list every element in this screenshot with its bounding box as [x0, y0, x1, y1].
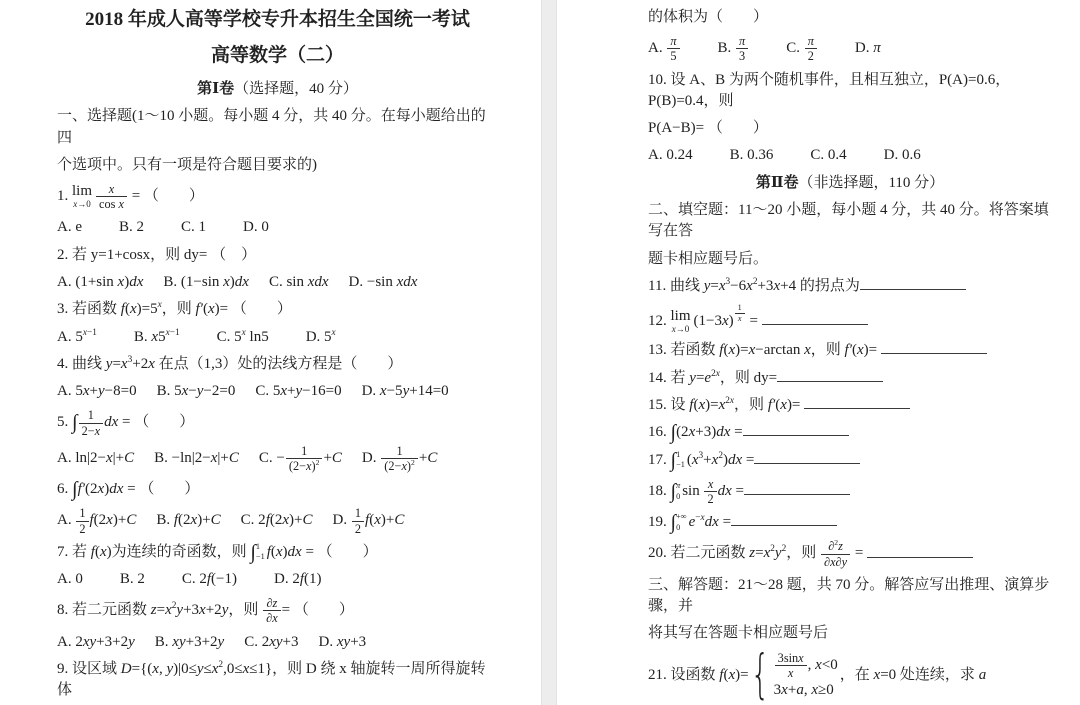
question-15: 15. 设 f(x)=x2x，则 f′(x)=: [648, 395, 1052, 416]
question-10-options: A. 0.24B. 0.36C. 0.4D. 0.6: [648, 145, 1052, 166]
exam-title: 2018 年成人高等学校专升本招生全国统一考试: [57, 7, 498, 34]
question-8-options: A. 2xy+3+2yB. xy+3+2yC. 2xy+3D. xy+3: [57, 632, 498, 653]
question-20: 20. 若二元函数 z=x2y2，则 ∂2z∂x∂y =: [648, 539, 1052, 568]
part2-header: 第Ⅱ卷（非选择题，110 分）: [648, 173, 1052, 194]
question-9-options: A. π5B. π3C. π2D. π: [648, 34, 1052, 63]
question-5: 5. ∫12−xdx = （ ）: [57, 408, 498, 437]
question-9-continued: 的体积为（ ）: [648, 7, 1052, 28]
question-4-options: A. 5x+y−8=0B. 5x−y−2=0C. 5x+y−16=0D. x−5…: [57, 381, 498, 402]
exam-page-right: 的体积为（ ）A. π5B. π3C. π2D. π10. 设 A、B 为两个随…: [557, 0, 1080, 705]
question-18: 18. ∫π0sin x2dx =: [648, 477, 1052, 506]
question-6-options: A. 12f(2x)+CB. f(2x)+CC. 2f(2x)+CD. 12f(…: [57, 506, 498, 535]
section3-instruction-1: 三、解答题：21～28 题，共 70 分。解答应写出推理、演算步骤，并: [648, 575, 1052, 618]
page-divider: [541, 0, 557, 705]
question-13: 13. 若函数 f(x)=x−arctan x，则 f′(x)=: [648, 340, 1052, 361]
question-3: 3. 若函数 f(x)=5x，则 f′(x)= （ ）: [57, 299, 498, 320]
question-2: 2. 若 y=1+cosx，则 dy= （ ）: [57, 245, 498, 266]
question-10: 10. 设 A、B 为两个随机事件，且相互独立，P(A)=0.6，P(B)=0.…: [648, 70, 1052, 113]
question-8: 8. 若二元函数 z=x2y+3x+2y，则 ∂z∂x= （ ）: [57, 596, 498, 625]
section2-instruction-2: 题卡相应题号后。: [648, 249, 1052, 270]
question-16: 16. ∫(2x+3)dx =: [648, 422, 1052, 443]
question-12: 12. limx→0(1−3x)1x =: [648, 303, 1052, 334]
question-7-options: A. 0B. 2C. 2f(−1)D. 2f(1): [57, 569, 498, 590]
section3-instruction-2: 将其写在答题卡相应题号后: [648, 623, 1052, 644]
exam-subtitle: 高等数学（二）: [57, 43, 498, 70]
question-11: 11. 曲线 y=x3−6x2+3x+4 的拐点为: [648, 276, 1052, 297]
question-10-continued: P(A−B)= （ ）: [648, 118, 1052, 139]
question-14: 14. 若 y=e2x，则 dy=: [648, 368, 1052, 389]
question-1-options: A. eB. 2C. 1D. 0: [57, 217, 498, 238]
section2-instruction-1: 二、填空题：11～20 小题，每小题 4 分，共 40 分。将答案填写在答: [648, 200, 1052, 243]
question-1: 1. limx→0xcos x = （ ）: [57, 182, 498, 211]
section1-instruction-2: 个选项中。只有一项是符合题目要求的): [57, 155, 498, 176]
exam-page-left: 2018 年成人高等学校专升本招生全国统一考试高等数学（二）第Ⅰ卷（选择题，40…: [0, 0, 540, 705]
question-21: 21. 设函数 f(x)={3sinxx, x<03x+a, x≥0，在 x=0…: [648, 651, 1052, 701]
question-7: 7. 若 f(x)为连续的奇函数，则 ∫1−1f(x)dx = （ ）: [57, 542, 498, 563]
question-19: 19. ∫+∞0e−xdx =: [648, 512, 1052, 533]
section1-instruction-1: 一、选择题(1～10 小题。每小题 4 分，共 40 分。在每小题给出的四: [57, 106, 498, 149]
part1-header: 第Ⅰ卷（选择题，40 分）: [57, 79, 498, 100]
question-6: 6. ∫f′(2x)dx = （ ）: [57, 479, 498, 500]
question-3-options: A. 5x−1B. x5x−1C. 5x ln5D. 5x: [57, 327, 498, 348]
question-4: 4. 曲线 y=x3+2x 在点（1,3）处的法线方程是（ ）: [57, 354, 498, 375]
question-17: 17. ∫1−1(x3+x2)dx =: [648, 450, 1052, 471]
question-9: 9. 设区域 D={(x, y)|0≤y≤x2,0≤x≤1}，则 D 绕 x 轴…: [57, 659, 498, 702]
question-5-options: A. ln|2−x|+CB. −ln|2−x|+CC. −1(2−x)2+CD.…: [57, 444, 498, 473]
question-2-options: A. (1+sin x)dxB. (1−sin x)dxC. sin xdxD.…: [57, 272, 498, 293]
